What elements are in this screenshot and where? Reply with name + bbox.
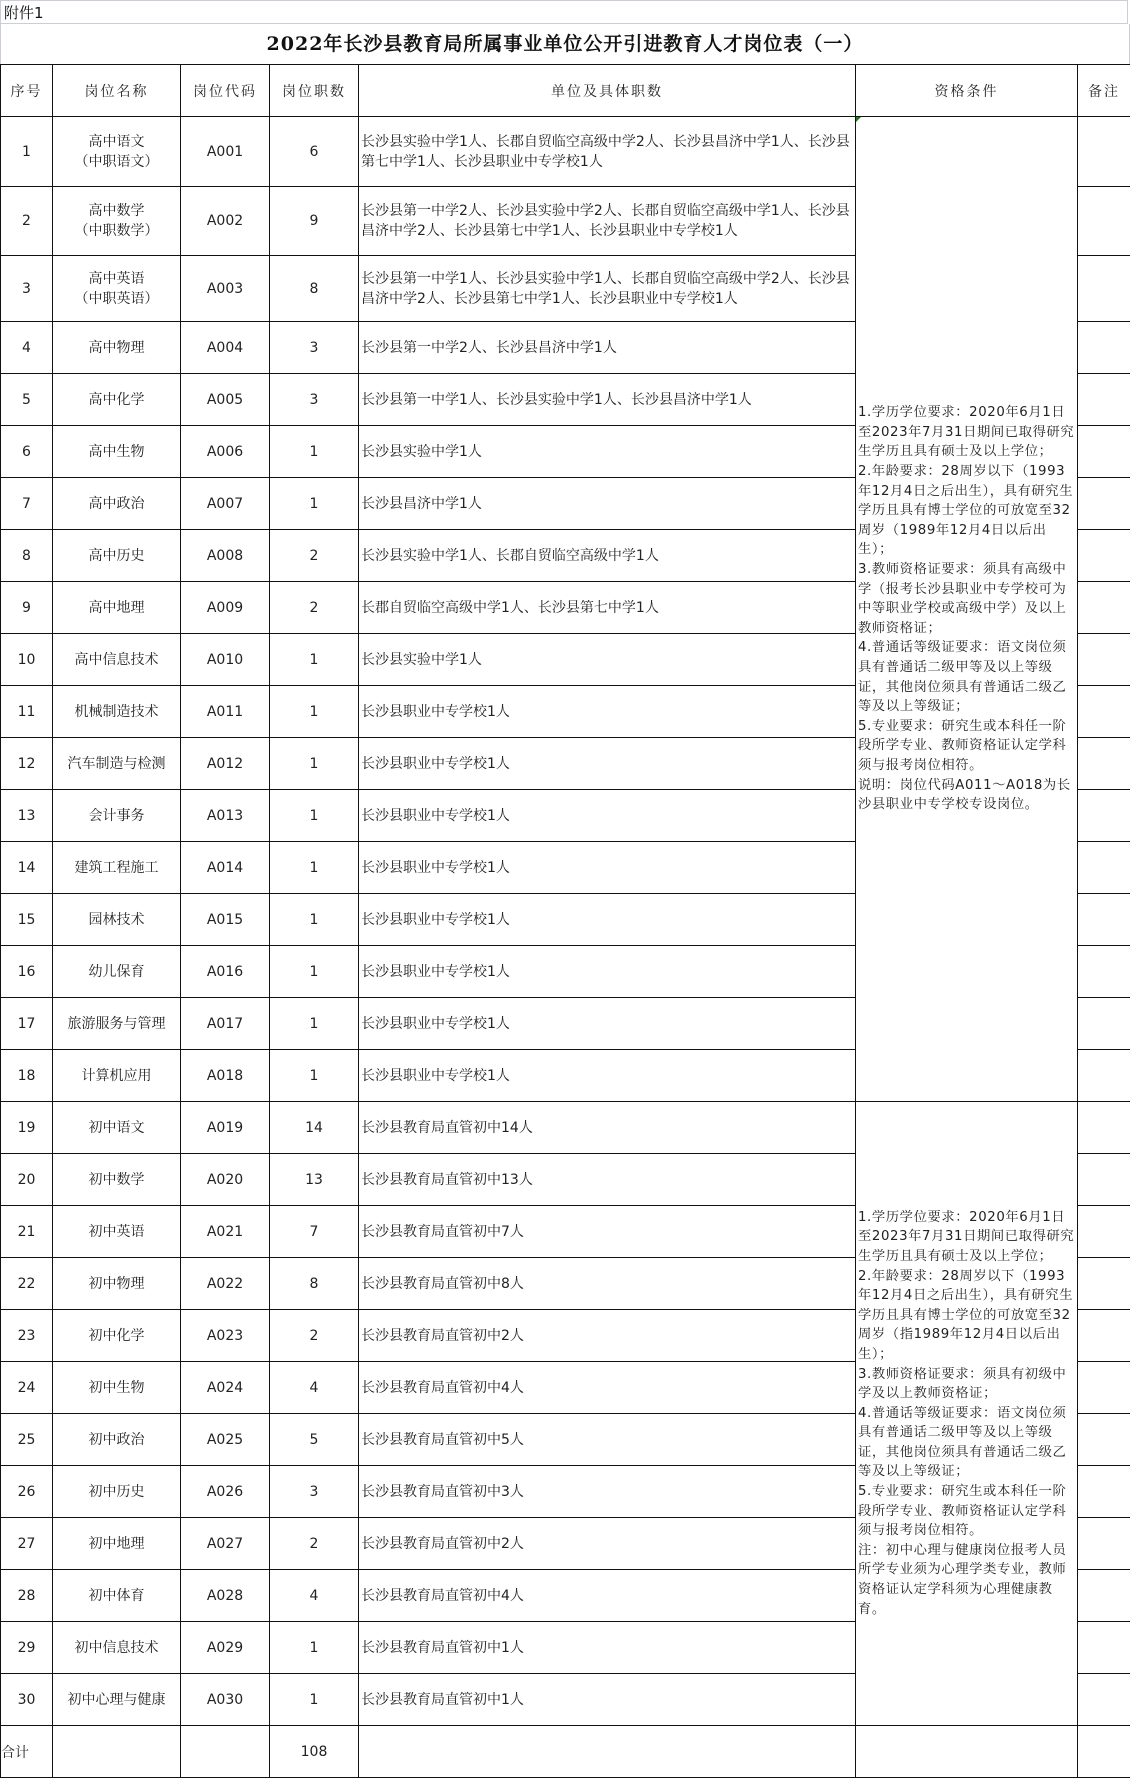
qualifications-middle-school: 1.学历学位要求：2020年6月1日至2023年7月31日期间已取得研究生学历且… [856, 1102, 1078, 1726]
row-note [1078, 1102, 1130, 1154]
row-note [1078, 998, 1130, 1050]
row-note [1078, 1154, 1130, 1206]
row-seq: 21 [1, 1206, 53, 1258]
row-position-count: 1 [270, 478, 359, 530]
row-seq: 2 [1, 187, 53, 256]
row-position-name: 初中化学 [53, 1310, 181, 1362]
row-note [1078, 1570, 1130, 1622]
row-note [1078, 790, 1130, 842]
row-position-count: 1 [270, 426, 359, 478]
row-seq: 15 [1, 894, 53, 946]
row-position-code: A002 [181, 187, 270, 256]
row-position-name: 汽车制造与检测 [53, 738, 181, 790]
row-units: 长沙县教育局直管初中2人 [359, 1518, 856, 1570]
row-units: 长沙县职业中专学校1人 [359, 738, 856, 790]
row-units: 长沙县实验中学1人 [359, 426, 856, 478]
row-position-count: 2 [270, 1518, 359, 1570]
row-position-name: 高中政治 [53, 478, 181, 530]
positions-table: 序号 岗位名称 岗位代码 岗位职数 单位及具体职数 资格条件 备注 1高中语文 … [0, 64, 1130, 1778]
row-seq: 28 [1, 1570, 53, 1622]
row-position-name: 计算机应用 [53, 1050, 181, 1102]
row-note [1078, 426, 1130, 478]
row-position-name: 园林技术 [53, 894, 181, 946]
total-empty-note [1078, 1726, 1130, 1778]
row-position-name: 高中物理 [53, 322, 181, 374]
row-position-count: 1 [270, 998, 359, 1050]
row-position-name: 高中地理 [53, 582, 181, 634]
row-units: 长沙县第一中学2人、长沙县昌济中学1人 [359, 322, 856, 374]
row-position-code: A004 [181, 322, 270, 374]
row-position-code: A030 [181, 1674, 270, 1726]
col-header-count: 岗位职数 [270, 65, 359, 117]
row-position-count: 14 [270, 1102, 359, 1154]
row-units: 长沙县教育局直管初中14人 [359, 1102, 856, 1154]
row-note [1078, 1466, 1130, 1518]
row-position-code: A011 [181, 686, 270, 738]
row-units: 长沙县实验中学1人、长郡自贸临空高级中学2人、长沙县昌济中学1人、长沙县第七中学… [359, 117, 856, 187]
row-note [1078, 842, 1130, 894]
row-units: 长沙县教育局直管初中4人 [359, 1362, 856, 1414]
row-position-name: 初中体育 [53, 1570, 181, 1622]
row-position-code: A021 [181, 1206, 270, 1258]
row-position-name: 幼儿保育 [53, 946, 181, 998]
row-position-code: A018 [181, 1050, 270, 1102]
row-units: 长沙县昌济中学1人 [359, 478, 856, 530]
row-position-code: A023 [181, 1310, 270, 1362]
row-position-count: 13 [270, 1154, 359, 1206]
row-units: 长沙县职业中专学校1人 [359, 790, 856, 842]
row-position-count: 2 [270, 530, 359, 582]
attachment-label: 附件1 [0, 0, 1128, 24]
row-position-name: 初中信息技术 [53, 1622, 181, 1674]
total-count: 108 [270, 1726, 359, 1778]
row-position-name: 旅游服务与管理 [53, 998, 181, 1050]
row-note [1078, 582, 1130, 634]
row-position-count: 1 [270, 946, 359, 998]
row-position-code: A026 [181, 1466, 270, 1518]
row-units: 长郡自贸临空高级中学1人、长沙县第七中学1人 [359, 582, 856, 634]
row-units: 长沙县职业中专学校1人 [359, 998, 856, 1050]
total-empty-code [181, 1726, 270, 1778]
row-position-count: 4 [270, 1362, 359, 1414]
cell-comment-marker [856, 117, 861, 122]
row-position-code: A005 [181, 374, 270, 426]
row-units: 长沙县教育局直管初中8人 [359, 1258, 856, 1310]
row-position-count: 3 [270, 322, 359, 374]
row-units: 长沙县第一中学1人、长沙县实验中学1人、长郡自贸临空高级中学2人、长沙县昌济中学… [359, 256, 856, 322]
row-position-name: 初中英语 [53, 1206, 181, 1258]
row-seq: 25 [1, 1414, 53, 1466]
row-units: 长沙县职业中专学校1人 [359, 686, 856, 738]
row-seq: 12 [1, 738, 53, 790]
row-seq: 24 [1, 1362, 53, 1414]
row-seq: 10 [1, 634, 53, 686]
row-position-name: 初中历史 [53, 1466, 181, 1518]
total-empty-qual [856, 1726, 1078, 1778]
row-note [1078, 1050, 1130, 1102]
row-position-count: 1 [270, 1674, 359, 1726]
row-position-name: 初中地理 [53, 1518, 181, 1570]
row-note [1078, 117, 1130, 187]
row-position-name: 高中语文 （中职语文） [53, 117, 181, 187]
row-position-name: 初中物理 [53, 1258, 181, 1310]
row-seq: 7 [1, 478, 53, 530]
row-position-name: 建筑工程施工 [53, 842, 181, 894]
table-row: 19初中语文A01914长沙县教育局直管初中14人1.学历学位要求：2020年6… [1, 1102, 1130, 1154]
row-position-name: 初中心理与健康 [53, 1674, 181, 1726]
row-seq: 20 [1, 1154, 53, 1206]
row-position-name: 初中政治 [53, 1414, 181, 1466]
row-note [1078, 1206, 1130, 1258]
row-position-code: A009 [181, 582, 270, 634]
total-empty-units [359, 1726, 856, 1778]
row-position-name: 高中英语 （中职英语） [53, 256, 181, 322]
row-seq: 3 [1, 256, 53, 322]
row-units: 长沙县第一中学1人、长沙县实验中学1人、长沙县昌济中学1人 [359, 374, 856, 426]
row-position-code: A022 [181, 1258, 270, 1310]
row-seq: 5 [1, 374, 53, 426]
row-units: 长沙县教育局直管初中3人 [359, 1466, 856, 1518]
row-position-count: 2 [270, 582, 359, 634]
row-note [1078, 634, 1130, 686]
row-note [1078, 374, 1130, 426]
row-units: 长沙县教育局直管初中1人 [359, 1622, 856, 1674]
page-title: 2022年长沙县教育局所属事业单位公开引进教育人才岗位表（一） [0, 24, 1130, 64]
row-units: 长沙县教育局直管初中13人 [359, 1154, 856, 1206]
total-label: 合计 [1, 1726, 53, 1778]
row-seq: 18 [1, 1050, 53, 1102]
row-seq: 14 [1, 842, 53, 894]
row-position-count: 1 [270, 634, 359, 686]
col-header-qualifications: 资格条件 [856, 65, 1078, 117]
row-position-count: 8 [270, 256, 359, 322]
row-position-name: 初中语文 [53, 1102, 181, 1154]
row-position-code: A012 [181, 738, 270, 790]
row-position-count: 1 [270, 790, 359, 842]
row-position-name: 高中信息技术 [53, 634, 181, 686]
row-position-count: 1 [270, 1622, 359, 1674]
row-units: 长沙县教育局直管初中2人 [359, 1310, 856, 1362]
row-note [1078, 256, 1130, 322]
row-position-count: 8 [270, 1258, 359, 1310]
row-units: 长沙县教育局直管初中5人 [359, 1414, 856, 1466]
row-seq: 8 [1, 530, 53, 582]
row-position-count: 1 [270, 738, 359, 790]
row-position-code: A024 [181, 1362, 270, 1414]
row-position-code: A015 [181, 894, 270, 946]
row-note [1078, 1258, 1130, 1310]
row-position-code: A001 [181, 117, 270, 187]
row-position-name: 初中数学 [53, 1154, 181, 1206]
row-position-count: 1 [270, 842, 359, 894]
row-units: 长沙县第一中学2人、长沙县实验中学2人、长郡自贸临空高级中学1人、长沙县昌济中学… [359, 187, 856, 256]
row-note [1078, 1518, 1130, 1570]
row-note [1078, 738, 1130, 790]
row-position-code: A019 [181, 1102, 270, 1154]
col-header-notes: 备注 [1078, 65, 1130, 117]
row-units: 长沙县教育局直管初中7人 [359, 1206, 856, 1258]
row-position-count: 3 [270, 374, 359, 426]
row-note [1078, 1310, 1130, 1362]
row-position-name: 高中历史 [53, 530, 181, 582]
row-position-count: 9 [270, 187, 359, 256]
row-note [1078, 1622, 1130, 1674]
row-note [1078, 478, 1130, 530]
row-seq: 13 [1, 790, 53, 842]
qualifications-high-school: 1.学历学位要求：2020年6月1日至2023年7月31日期间已取得研究生学历且… [856, 117, 1078, 1102]
row-units: 长沙县教育局直管初中4人 [359, 1570, 856, 1622]
row-position-name: 机械制造技术 [53, 686, 181, 738]
row-position-name: 初中生物 [53, 1362, 181, 1414]
row-position-count: 1 [270, 1050, 359, 1102]
row-position-count: 1 [270, 894, 359, 946]
row-position-code: A017 [181, 998, 270, 1050]
row-seq: 27 [1, 1518, 53, 1570]
col-header-seq: 序号 [1, 65, 53, 117]
row-position-code: A014 [181, 842, 270, 894]
row-units: 长沙县职业中专学校1人 [359, 1050, 856, 1102]
row-note [1078, 530, 1130, 582]
row-note [1078, 946, 1130, 998]
row-position-code: A010 [181, 634, 270, 686]
row-position-name: 高中生物 [53, 426, 181, 478]
row-note [1078, 1414, 1130, 1466]
row-position-code: A006 [181, 426, 270, 478]
row-position-count: 1 [270, 686, 359, 738]
row-seq: 16 [1, 946, 53, 998]
row-note [1078, 686, 1130, 738]
row-position-count: 7 [270, 1206, 359, 1258]
row-seq: 9 [1, 582, 53, 634]
total-empty-name [53, 1726, 181, 1778]
row-position-count: 3 [270, 1466, 359, 1518]
row-position-count: 5 [270, 1414, 359, 1466]
row-seq: 30 [1, 1674, 53, 1726]
row-position-code: A007 [181, 478, 270, 530]
row-seq: 26 [1, 1466, 53, 1518]
row-note [1078, 1362, 1130, 1414]
row-seq: 29 [1, 1622, 53, 1674]
row-position-code: A003 [181, 256, 270, 322]
row-units: 长沙县实验中学1人、长郡自贸临空高级中学1人 [359, 530, 856, 582]
col-header-name: 岗位名称 [53, 65, 181, 117]
row-seq: 11 [1, 686, 53, 738]
row-position-code: A013 [181, 790, 270, 842]
row-units: 长沙县教育局直管初中1人 [359, 1674, 856, 1726]
row-units: 长沙县职业中专学校1人 [359, 842, 856, 894]
row-note [1078, 1674, 1130, 1726]
total-row: 合计108 [1, 1726, 1130, 1778]
row-seq: 22 [1, 1258, 53, 1310]
row-position-code: A027 [181, 1518, 270, 1570]
row-units: 长沙县职业中专学校1人 [359, 894, 856, 946]
row-seq: 1 [1, 117, 53, 187]
row-position-count: 6 [270, 117, 359, 187]
row-note [1078, 894, 1130, 946]
row-seq: 4 [1, 322, 53, 374]
row-position-count: 4 [270, 1570, 359, 1622]
row-seq: 17 [1, 998, 53, 1050]
row-units: 长沙县职业中专学校1人 [359, 946, 856, 998]
row-position-code: A025 [181, 1414, 270, 1466]
table-row: 1高中语文 （中职语文）A0016长沙县实验中学1人、长郡自贸临空高级中学2人、… [1, 117, 1130, 187]
row-position-name: 高中化学 [53, 374, 181, 426]
row-position-code: A029 [181, 1622, 270, 1674]
row-position-code: A028 [181, 1570, 270, 1622]
row-position-count: 2 [270, 1310, 359, 1362]
row-seq: 6 [1, 426, 53, 478]
row-position-code: A016 [181, 946, 270, 998]
header-row: 序号 岗位名称 岗位代码 岗位职数 单位及具体职数 资格条件 备注 [1, 65, 1130, 117]
col-header-code: 岗位代码 [181, 65, 270, 117]
col-header-units: 单位及具体职数 [359, 65, 856, 117]
row-position-name: 高中数学 （中职数学） [53, 187, 181, 256]
row-position-code: A020 [181, 1154, 270, 1206]
row-position-name: 会计事务 [53, 790, 181, 842]
row-seq: 23 [1, 1310, 53, 1362]
row-seq: 19 [1, 1102, 53, 1154]
row-units: 长沙县实验中学1人 [359, 634, 856, 686]
row-note [1078, 322, 1130, 374]
row-note [1078, 187, 1130, 256]
row-position-code: A008 [181, 530, 270, 582]
